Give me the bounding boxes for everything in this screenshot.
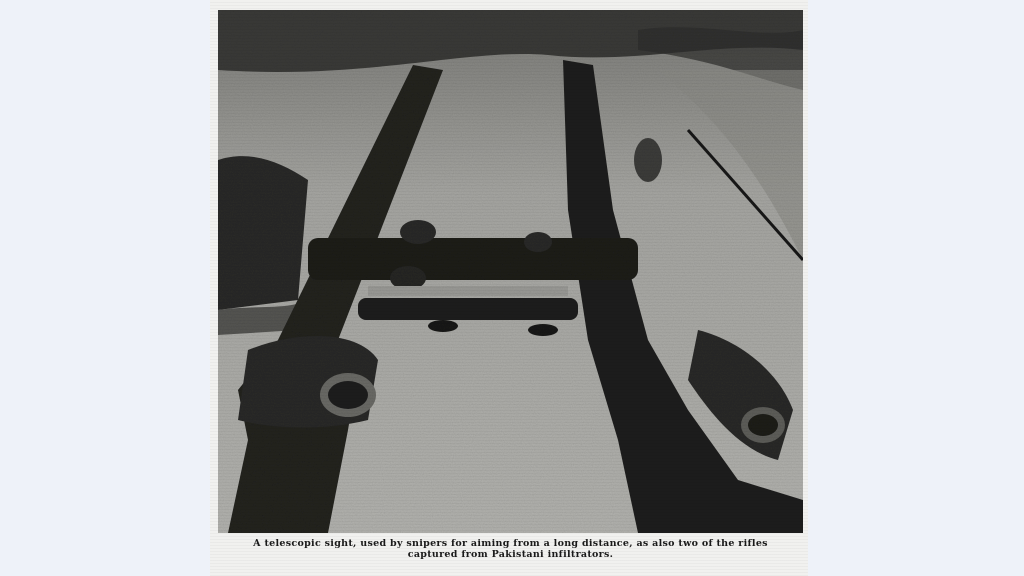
- photo-caption: A telescopic sight, used by snipers for …: [218, 538, 803, 560]
- caption-line-2: captured from Pakistani infiltrators.: [218, 549, 803, 560]
- newspaper-clipping: A telescopic sight, used by snipers for …: [210, 0, 808, 576]
- rifles-photo: [218, 10, 803, 533]
- photograph: [218, 10, 803, 533]
- caption-line-1: A telescopic sight, used by snipers for …: [218, 538, 803, 549]
